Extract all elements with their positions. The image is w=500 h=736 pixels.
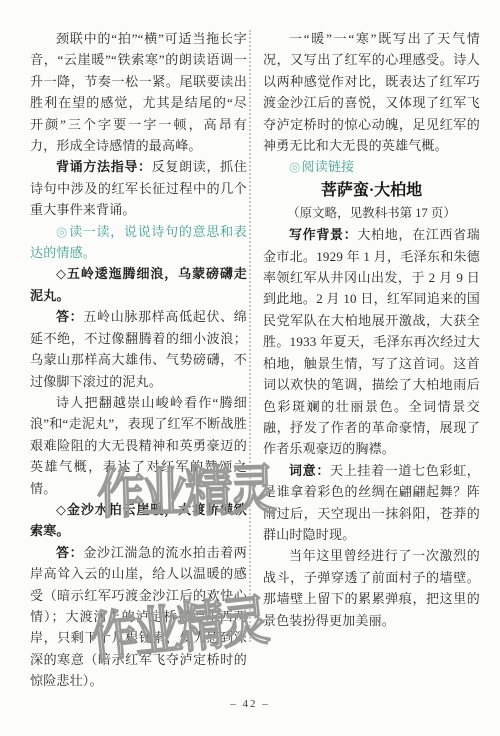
paragraph-recitation-method: 背诵方法指导：反复朗读，抓住诗句中涉及的红军长征过程中的几个重大事件来背诵。 bbox=[30, 156, 247, 220]
ring-icon: ◎ bbox=[56, 224, 68, 239]
answer-jinsha-text: 金沙江湍急的流水拍击着两岸高耸入云的山崖，给人以温暖的感受（暗示红军巧渡金沙江后… bbox=[30, 545, 247, 688]
page-number: – 42 – bbox=[0, 698, 500, 710]
ci-meaning-label: 词意： bbox=[289, 463, 330, 478]
paragraph-battle-history: 当年这里曾经进行了一次激烈的战斗，子弹穿透了前面村子的墙壁。那墙壁上留下的累累弹… bbox=[263, 545, 480, 631]
poem-title: 菩萨蛮·大柏地 bbox=[263, 179, 480, 203]
recitation-method-label: 背诵方法指导： bbox=[56, 159, 152, 174]
two-column-layout: 颈联中的“拍”“横”可适当拖长字音，“云崖暖”“铁索寒”的朗读语调一升一降，节奏… bbox=[30, 28, 480, 692]
left-column: 颈联中的“拍”“横”可适当拖长字音，“云崖暖”“铁索寒”的朗读语调一升一降，节奏… bbox=[30, 28, 247, 692]
paragraph-ci-meaning: 词意：天上挂着一道七色彩虹，是谁拿着彩色的丝绸在翩翩起舞？阵雨过后，天空现出一抹… bbox=[263, 460, 480, 546]
poem-source-note: （原文略，见教科书第 17 页） bbox=[263, 203, 480, 224]
section-heading-reading-link-text: 阅读链接 bbox=[302, 159, 355, 174]
answer-jinsha: 答：金沙江湍急的流水拍击着两岸高耸入云的山崖，给人以温暖的感受（暗示红军巧渡金沙… bbox=[30, 542, 247, 692]
writing-background-label: 写作背景： bbox=[289, 227, 357, 242]
poem-line-jinsha: ◇金沙水拍云崖暖，大渡桥横铁索寒。 bbox=[30, 499, 247, 542]
right-column: 一“暖”一“寒”既写出了天气情况，又写出了红军的心理感受。诗人以两种感觉作对比，… bbox=[263, 28, 480, 692]
paragraph-reading-guide: 颈联中的“拍”“横”可适当拖长字音，“云崖暖”“铁索寒”的朗读语调一升一降，节奏… bbox=[30, 28, 247, 156]
paragraph-warm-cold-analysis: 一“暖”一“寒”既写出了天气情况，又写出了红军的心理感受。诗人以两种感觉作对比，… bbox=[263, 28, 480, 156]
paragraph-writing-background: 写作背景：大柏地，在江西省瑞金市北。1929 年 1 月，毛泽东和朱德率领红军从… bbox=[263, 224, 480, 459]
diamond-icon: ◇ bbox=[56, 502, 67, 517]
paragraph-analysis: 诗人把翻越崇山峻岭看作“腾细浪”和“走泥丸”，表现了红军不断战胜艰难险阻的大无畏… bbox=[30, 392, 247, 499]
section-heading-reading-link: ◎阅读链接 bbox=[263, 156, 480, 177]
ring-icon: ◎ bbox=[289, 159, 301, 174]
poem-line-wuling: ◇五岭逶迤腾细浪，乌蒙磅礴走泥丸。 bbox=[30, 263, 247, 306]
answer-wuling: 答：五岭山脉那样高低起伏、绵延不绝，不过像翻腾着的细小波浪；乌蒙山那样高大雄伟、… bbox=[30, 306, 247, 392]
section-heading-read-aloud: ◎读一读，说说诗句的意思和表达的情感。 bbox=[30, 221, 247, 264]
diamond-icon: ◇ bbox=[56, 266, 67, 281]
workbook-page: 颈联中的“拍”“横”可适当拖长字音，“云崖暖”“铁索寒”的朗读语调一升一降，节奏… bbox=[0, 0, 500, 736]
answer-label: 答： bbox=[56, 309, 83, 324]
answer-label: 答： bbox=[56, 545, 83, 560]
writing-background-text: 大柏地，在江西省瑞金市北。1929 年 1 月，毛泽东和朱德率领红军从井冈山出发… bbox=[263, 227, 480, 456]
column-divider bbox=[249, 30, 251, 642]
